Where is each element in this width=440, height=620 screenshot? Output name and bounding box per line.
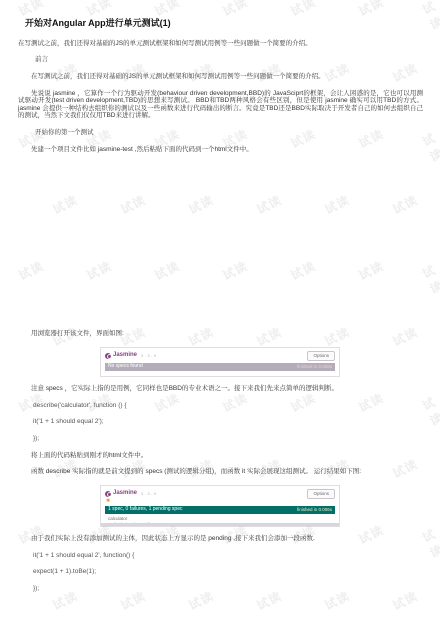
- status-time: finished in 0.006s: [297, 507, 332, 512]
- page-title: 开始对Angular App进行单元测试(1): [25, 18, 423, 29]
- status-bar: No specs found finished in 0.008s: [105, 363, 335, 371]
- code-line: });: [33, 585, 423, 593]
- paragraph-6: 将上面的代码粘贴到刚才的html文件中。: [18, 452, 423, 460]
- paragraph-5: 注意 specs ，它实际上指的是用例，它同样也是BBD的专业术语之一。接下来我…: [18, 385, 423, 393]
- code-line: describe('calculator', function () {: [33, 402, 423, 410]
- paragraph-8: 由于我们实际上没有添加测试的主体，因此状态上方显示的是 pending ,接下来…: [18, 535, 423, 543]
- paragraph-4: 用浏览器打开该文件，界面如图:: [18, 330, 423, 338]
- status-bar: 1 spec, 0 failures, 1 pending spec finis…: [105, 506, 335, 514]
- jasmine-logo-icon: [105, 491, 111, 497]
- intro-paragraph: 在写测试之前，我们还得对基础的JS的单元测试框架和如何写测试用例等一些问题做一个…: [18, 40, 423, 48]
- spec-dots-row: ✱: [105, 499, 335, 504]
- preface-heading: 前言: [35, 56, 423, 64]
- jasmine-screenshot-pending-spec: Jasmine 3.3.0 Options ✱ 1 spec, 0 failur…: [100, 485, 340, 527]
- jasmine-header: Jasmine 3.3.0 Options: [105, 351, 335, 361]
- paragraph-7: 函数 describe 实际指的就是前文提到的 specs (测试的逻辑分组)，…: [18, 468, 423, 476]
- jasmine-version: 3.3.0: [141, 354, 157, 359]
- code-line: expect(1 + 1).toBe(1);: [33, 568, 423, 576]
- paragraph-3: 先建一个项目文件比如 jasmine-test ,然后粘贴下面的代码到一个htm…: [18, 146, 423, 154]
- options-button: Options: [307, 489, 335, 498]
- paragraph-2: 先说说 jasmine ，它算作一个行为驱动开发(behaviour drive…: [18, 90, 423, 120]
- status-time: finished in 0.008s: [297, 364, 332, 369]
- article: 开始对Angular App进行单元测试(1) 在写测试之前，我们还得对基础的J…: [0, 0, 440, 592]
- jasmine-brand: Jasmine: [113, 490, 137, 497]
- jasmine-brand: Jasmine: [113, 352, 137, 359]
- jasmine-screenshot-no-specs: Jasmine 3.3.0 Options No specs found fin…: [100, 347, 340, 377]
- paragraph-1: 在写测试之前，我们还得对基础的JS的单元测试框架和如何写测试用例等一些问题做一个…: [18, 73, 423, 81]
- code-line: it('1 + 1 should equal 2', function() {: [33, 552, 423, 560]
- options-button: Options: [307, 351, 335, 360]
- first-test-heading: 开始你的第一个测试: [35, 129, 423, 137]
- jasmine-version: 3.3.0: [141, 492, 157, 497]
- pending-star-icon: ✱: [106, 499, 110, 504]
- jasmine-logo-icon: [105, 353, 111, 359]
- status-text: No specs found: [108, 364, 143, 370]
- jasmine-header: Jasmine 3.3.0 Options: [105, 489, 335, 499]
- status-text: 1 spec, 0 failures, 1 pending spec: [108, 507, 183, 513]
- code-block-placeholder: [18, 162, 423, 330]
- screenshot-bottom-strip: [101, 523, 339, 526]
- document-preview-page: 试读试读试读试读试读试读试读试读试读试读试读试读试读试读试读试读试读试读试读试读…: [0, 0, 440, 620]
- code-line: });: [33, 435, 423, 443]
- code-line: it('1 + 1 should equal 2');: [33, 418, 423, 426]
